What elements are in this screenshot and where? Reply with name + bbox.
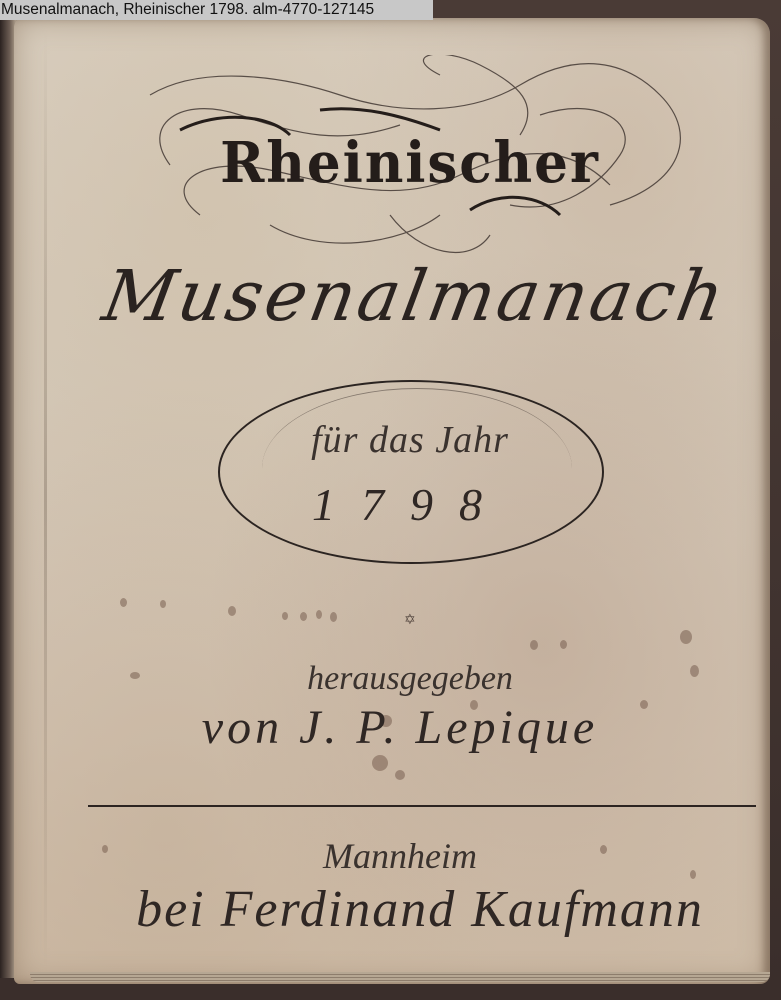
year-label: für das Jahr <box>220 418 600 462</box>
title-musenalmanach: Musenalmanach <box>83 255 747 337</box>
star-ornament-icon: ✡ <box>404 612 416 629</box>
image-caption: Musenalmanach, Rheinischer 1798. alm-477… <box>0 0 433 20</box>
publisher: bei Ferdinand Kaufmann <box>70 880 770 939</box>
editor-name: von J. P. Lepique <box>120 700 680 755</box>
title-rheinischer: Rheinischer <box>211 130 610 196</box>
editor-label: herausgegeben <box>200 660 620 698</box>
page-fold-line <box>44 30 47 970</box>
horizontal-rule <box>88 805 756 807</box>
year: 1798 <box>220 478 600 531</box>
publication-city: Mannheim <box>250 835 550 877</box>
page-edges <box>30 972 770 982</box>
